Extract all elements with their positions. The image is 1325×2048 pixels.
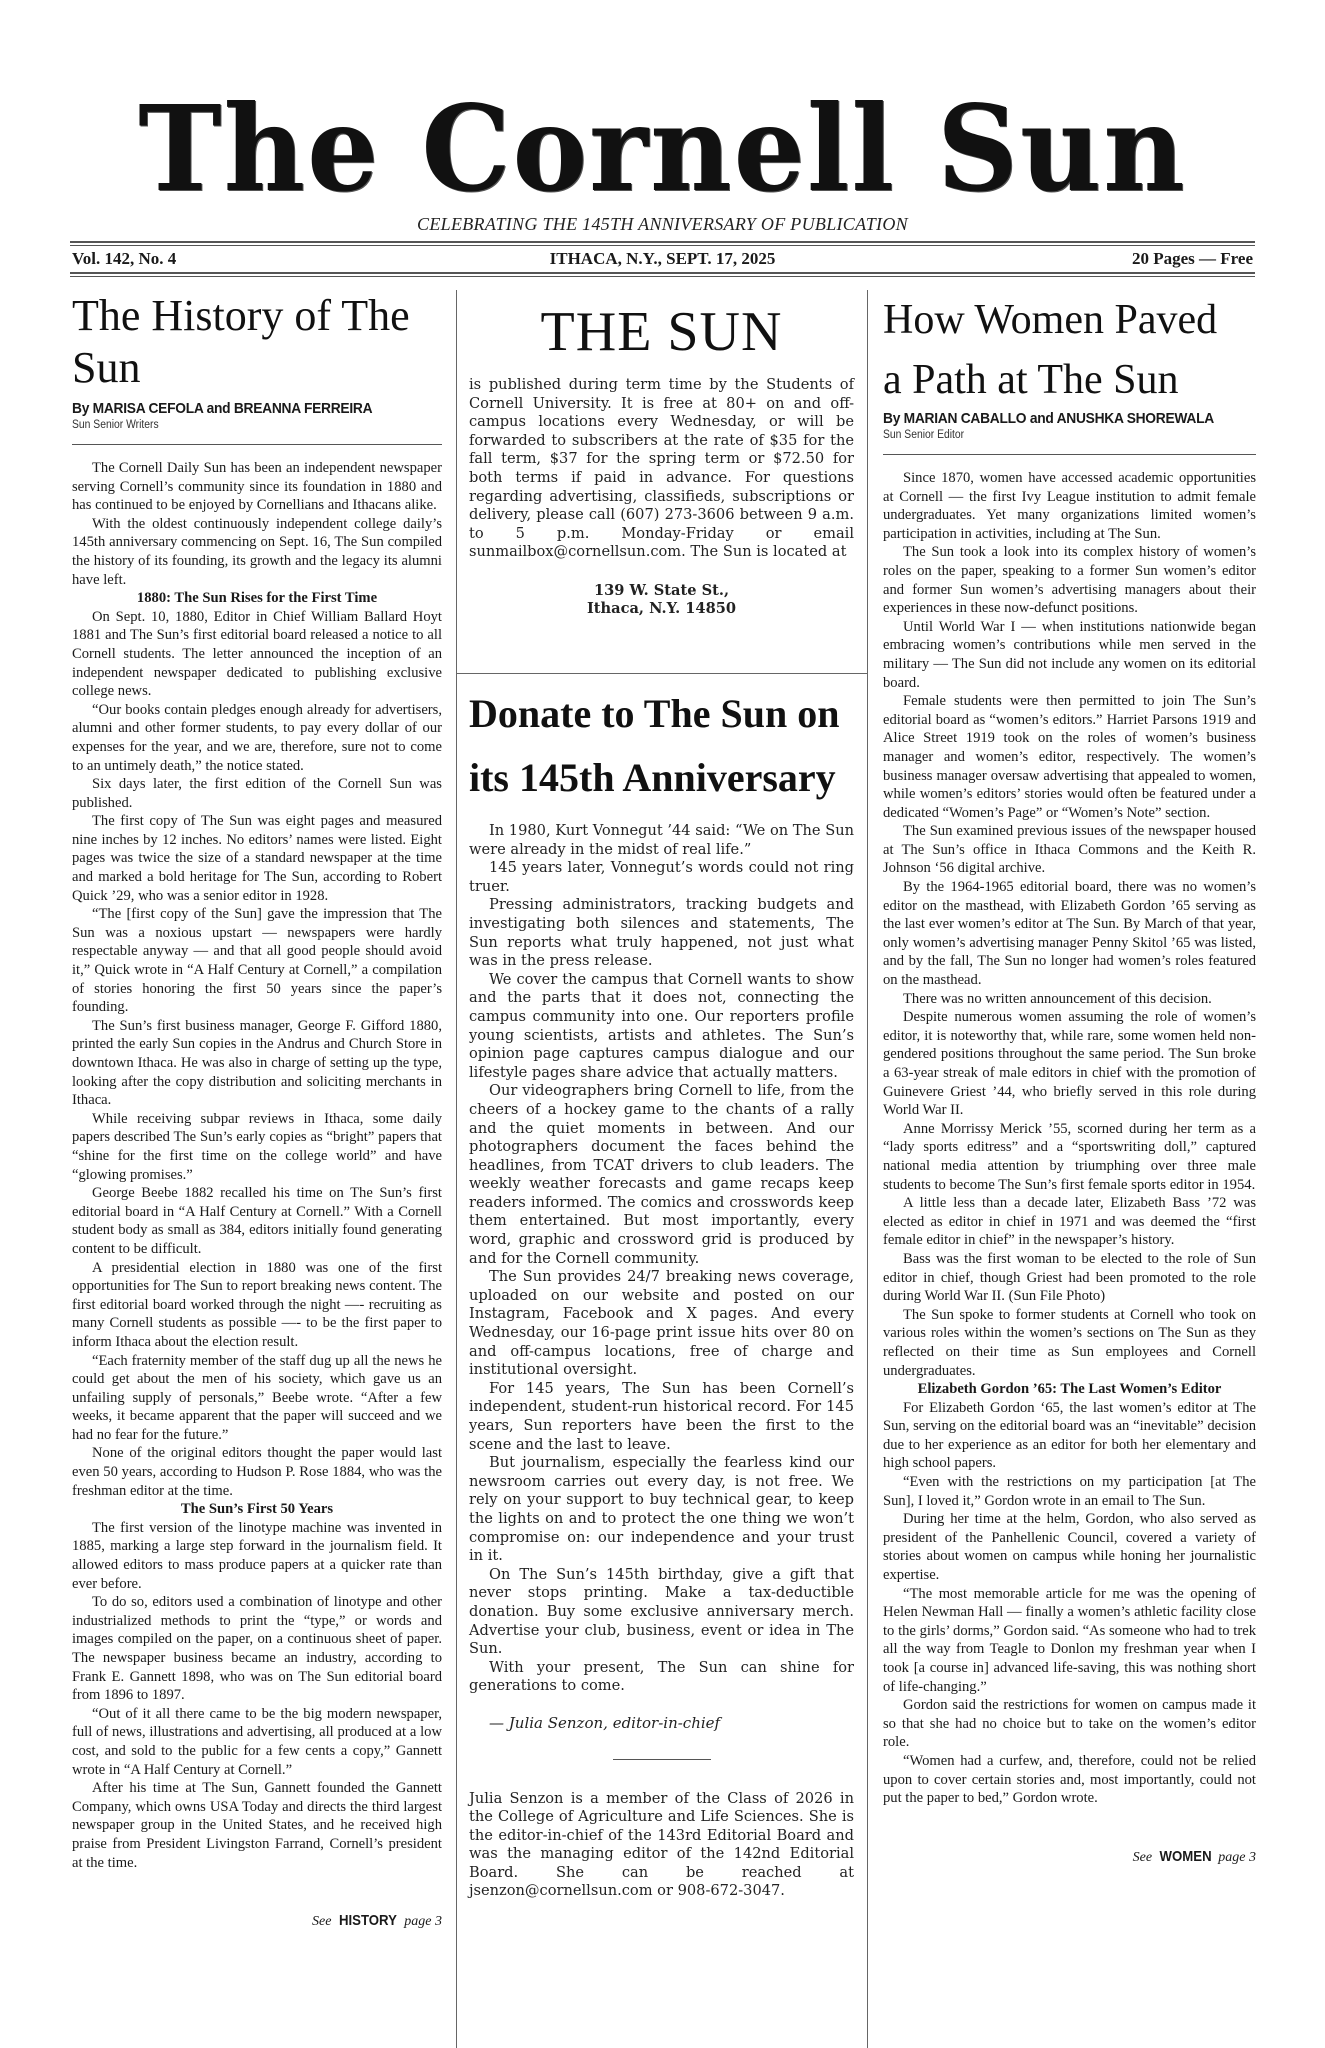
byline-divider: [72, 444, 442, 445]
paragraph: Gordon said the restrictions for women o…: [883, 1696, 1256, 1752]
paragraph: There was no written announcement of thi…: [883, 990, 1256, 1009]
history-intro: The Cornell Daily Sun has been an indepe…: [72, 459, 442, 589]
author-bio: Julia Senzon is a member of the Class of…: [469, 1790, 854, 1902]
jump-keyword: WOMEN: [1159, 1848, 1211, 1867]
paragraph: Since 1870, women have accessed academic…: [883, 469, 1256, 543]
paragraph: The Sun provides 24/7 breaking news cove…: [469, 1268, 854, 1380]
paragraph: A little less than a decade later, Eliza…: [883, 1194, 1256, 1250]
paragraph: Our videographers bring Cornell to life,…: [469, 1082, 854, 1268]
history-subhead-first-50-years: The Sun’s First 50 Years: [72, 1500, 442, 1519]
paragraph: A presidential election in 1880 was one …: [72, 1259, 442, 1352]
anniversary-tagline: CELEBRATING THE 145TH ANNIVERSARY OF PUB…: [0, 214, 1325, 235]
paragraph: 145 years later, Vonnegut’s words could …: [469, 859, 854, 896]
office-address: 139 W. State St., Ithaca, N.Y. 14850: [469, 582, 854, 618]
history-byline-role: Sun Senior Writers: [72, 418, 405, 432]
paragraph: The first copy of The Sun was eight page…: [72, 812, 442, 905]
newspaper-nameplate: The Cornell Sun: [0, 87, 1325, 213]
paragraph: The Sun examined previous issues of the …: [883, 822, 1256, 878]
short-divider: [613, 1759, 711, 1760]
paragraph: With your present, The Sun can shine for…: [469, 1659, 854, 1696]
jump-keyword: HISTORY: [339, 1912, 397, 1931]
paragraph: Until World War I — when institutions na…: [883, 618, 1256, 692]
paragraph: The Sun spoke to former students at Corn…: [883, 1306, 1256, 1380]
center-column-divider: [457, 673, 867, 674]
editor-signoff: — Julia Senzon, editor-in-chief: [469, 1714, 854, 1733]
paragraph: None of the original editors thought the…: [72, 1444, 442, 1500]
history-byline: By MARISA CEFOLA and BREANNA FERREIRA: [72, 400, 412, 418]
paragraph: For Elizabeth Gordon ‘65, the last women…: [883, 1399, 1256, 1473]
paragraph: But journalism, especially the fearless …: [469, 1454, 854, 1566]
paragraph: After his time at The Sun, Gannett found…: [72, 1779, 442, 1872]
page-count-price: 20 Pages — Free: [1132, 249, 1253, 269]
paragraph: During her time at the helm, Gordon, who…: [883, 1510, 1256, 1584]
history-section-first-50-years: The first version of the linotype machin…: [72, 1519, 442, 1872]
paragraph: “The [first copy of the Sun] gave the im…: [72, 905, 442, 1017]
paragraph: The Cornell Daily Sun has been an indepe…: [72, 459, 442, 515]
dateline: ITHACA, N.Y., SEPT. 17, 2025: [70, 249, 1255, 269]
paragraph: “Each fraternity member of the staff dug…: [72, 1352, 442, 1445]
byline-divider: [883, 454, 1256, 455]
the-sun-title: THE SUN: [469, 300, 854, 364]
women-section-gordon: For Elizabeth Gordon ‘65, the last women…: [883, 1399, 1256, 1808]
paragraph: George Beebe 1882 recalled his time on T…: [72, 1184, 442, 1258]
paragraph: By the 1964-1965 editorial board, there …: [883, 878, 1256, 990]
women-byline-role: Sun Senior Editor: [883, 428, 1219, 442]
paragraph: We cover the campus that Cornell wants t…: [469, 971, 854, 1083]
paragraph: Bass was the first woman to be elected t…: [883, 1250, 1256, 1306]
paragraph: “Out of it all there came to be the big …: [72, 1705, 442, 1779]
women-byline: By MARIAN CABALLO and ANUSHKA SHOREWALA: [883, 410, 1226, 428]
women-headline: How Women Paved a Path at The Sun: [883, 290, 1256, 410]
paragraph: With the oldest continuously independent…: [72, 515, 442, 589]
history-subhead-1880: 1880: The Sun Rises for the First Time: [72, 589, 442, 608]
paragraph: For 145 years, The Sun has been Cornell’…: [469, 1380, 854, 1454]
paragraph: “The most memorable article for me was t…: [883, 1585, 1256, 1697]
paragraph: “Women had a curfew, and, therefore, cou…: [883, 1752, 1256, 1808]
paragraph: Six days later, the first edition of the…: [72, 775, 442, 812]
paragraph: On The Sun’s 145th birthday, give a gift…: [469, 1566, 854, 1659]
the-sun-info-box: THE SUN is published during term time by…: [469, 290, 854, 618]
paragraph: Female students were then permitted to j…: [883, 692, 1256, 822]
paragraph: On Sept. 10, 1880, Editor in Chief Willi…: [72, 608, 442, 701]
top-double-rule: [70, 241, 1255, 246]
women-body: Since 1870, women have accessed academic…: [883, 469, 1256, 1380]
paragraph: “Even with the restrictions on my partic…: [883, 1473, 1256, 1510]
donate-editorial: Donate to The Sun on its 145th Anniversa…: [469, 682, 854, 1901]
women-jump-line[interactable]: See WOMEN page 3: [883, 1848, 1256, 1868]
paragraph: While receiving subpar reviews in Ithaca…: [72, 1110, 442, 1184]
paragraph: Pressing administrators, tracking budget…: [469, 896, 854, 970]
donate-headline: Donate to The Sun on its 145th Anniversa…: [469, 682, 854, 810]
paragraph: Anne Morrissy Merick ’55, scorned during…: [883, 1120, 1256, 1194]
history-headline: The History of The Sun: [72, 290, 442, 394]
publication-info: is published during term time by the Stu…: [469, 376, 854, 562]
folio-bar: Vol. 142, No. 4 ITHACA, N.Y., SEPT. 17, …: [70, 249, 1255, 271]
paragraph: “Our books contain pledges enough alread…: [72, 701, 442, 775]
history-article: The History of The Sun By MARISA CEFOLA …: [72, 290, 442, 1932]
history-jump-line[interactable]: See HISTORY page 3: [72, 1912, 442, 1932]
paragraph: The first version of the linotype machin…: [72, 1519, 442, 1593]
center-column-box: THE SUN is published during term time by…: [456, 290, 868, 2048]
paragraph: Despite numerous women assuming the role…: [883, 1008, 1256, 1120]
history-section-1880: On Sept. 10, 1880, Editor in Chief Willi…: [72, 608, 442, 1501]
paragraph: The Sun took a look into its complex his…: [883, 543, 1256, 617]
women-subhead-gordon: Elizabeth Gordon ’65: The Last Women’s E…: [883, 1380, 1256, 1399]
paragraph: To do so, editors used a combination of …: [72, 1593, 442, 1705]
paragraph: The Sun’s first business manager, George…: [72, 1017, 442, 1110]
bottom-double-rule: [70, 272, 1255, 277]
women-article: How Women Paved a Path at The Sun By MAR…: [883, 290, 1256, 1867]
masthead: The Cornell Sun: [0, 90, 1325, 210]
paragraph: In 1980, Kurt Vonnegut ’44 said: “We on …: [469, 822, 854, 859]
